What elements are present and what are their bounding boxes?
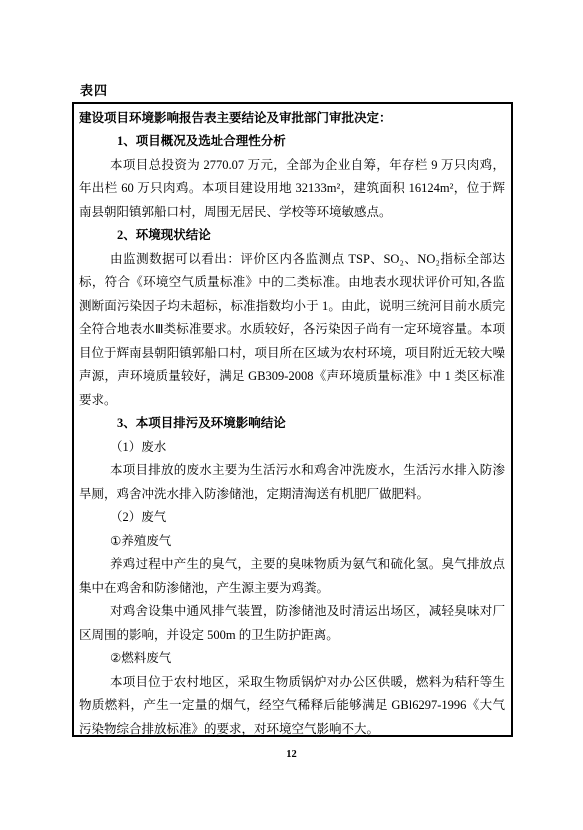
block-paragraph: 养鸡过程中产生的臭气，主要的臭味物质为氨气和硫化氢。臭气排放点集中在鸡舍和防渗储… <box>79 553 505 600</box>
table-title: 建设项目环境影响报告表主要结论及审批部门审批决定： <box>79 107 505 130</box>
table-blocks: 1、项目概况及选址合理性分析本项目总投资为 2770.07 万元，全部为企业自筹… <box>79 130 505 737</box>
block-heading: 1、项目概况及选址合理性分析 <box>79 130 505 154</box>
block-paragraph: 本项目位于农村地区，采取生物质锅炉对办公区供暖，燃料为秸秆等生物质燃料，产生一定… <box>79 671 505 738</box>
block-paragraph: 对鸡舍设集中通风排气装置，防渗储池及时清运出场区，减轻臭味对厂区周围的影响，并设… <box>79 600 505 647</box>
block-subitem: （2）废气 <box>79 506 505 530</box>
block-subitem: （1）废水 <box>79 436 505 460</box>
block-heading: 2、环境现状结论 <box>79 224 505 248</box>
block-paragraph: 本项目总投资为 2770.07 万元，全部为企业自筹，年存栏 9 万只肉鸡，年出… <box>79 154 505 225</box>
block-paragraph: 本项目排放的废水主要为生活污水和鸡舍冲洗废水，生活污水排入防渗旱厕，鸡舍冲洗水排… <box>79 459 505 506</box>
page-number: 12 <box>0 749 583 760</box>
conclusion-table: 建设项目环境影响报告表主要结论及审批部门审批决定： 1、项目概况及选址合理性分析… <box>72 102 513 737</box>
table-label: 表四 <box>80 80 108 99</box>
block-subitem: ①养殖废气 <box>79 530 505 554</box>
block-heading: 3、本项目排污及环境影响结论 <box>79 412 505 436</box>
document-page: 表四 建设项目环境影响报告表主要结论及审批部门审批决定： 1、项目概况及选址合理… <box>0 0 583 830</box>
block-paragraph: 由监测数据可以看出：评价区内各监测点 TSP、SO₂、NO₂指标全部达标，符合《… <box>79 248 505 413</box>
block-subitem: ②燃料废气 <box>79 647 505 671</box>
